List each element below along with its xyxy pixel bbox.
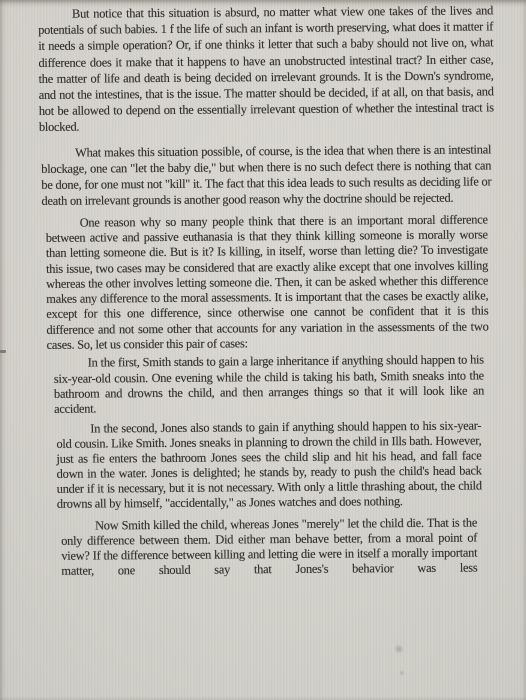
paragraph-1: But notice that this situation is absurd… — [38, 2, 494, 135]
smudge-mark — [394, 644, 404, 654]
paragraph-3: One reason why so many people think that… — [46, 212, 489, 353]
text-block: But notice that this situation is absurd… — [0, 0, 526, 579]
paragraph-5: In the second, Jones also stands to gain… — [56, 419, 482, 512]
paragraph-2: What makes this situation possible, of c… — [41, 141, 491, 209]
scanned-page: But notice that this situation is absurd… — [0, 0, 526, 700]
paragraph-6: Now Smith killed the child, whereas Jone… — [61, 515, 477, 579]
smudge-mark-small — [399, 670, 405, 676]
paragraph-4: In the first, Smith stands to gain a lar… — [54, 353, 484, 417]
